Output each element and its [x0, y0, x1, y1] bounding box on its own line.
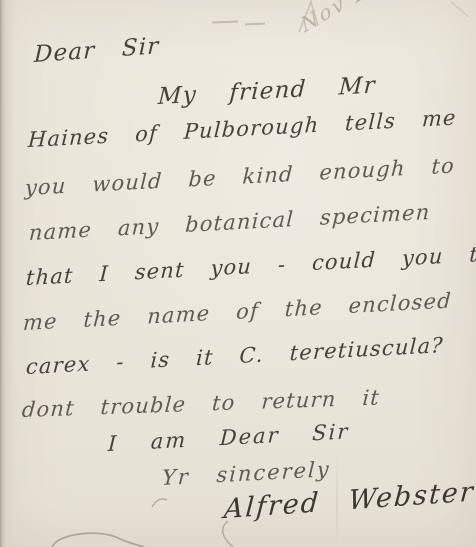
letter-page: Nov F Dear Sir My friend Mr Haines of Pu… — [0, 0, 476, 547]
salutation-line: Dear Sir — [34, 33, 160, 68]
pencil-dash — [245, 23, 265, 26]
body-line: me the name of the enclosed — [22, 288, 452, 335]
top-right-pencil-stroke — [451, 2, 469, 17]
body-line: you would be kind enough to — [24, 153, 455, 200]
pencil-dash — [212, 21, 238, 24]
closing-line: Yr sincerely — [161, 457, 331, 490]
bottom-flourish-stroke — [52, 533, 144, 547]
body-line: My friend Mr — [157, 73, 376, 111]
body-line: dont trouble to return it — [21, 385, 381, 422]
body-line: name any botanical specimen — [28, 200, 431, 245]
body-line: carex - is it C. teretiuscula? — [25, 333, 444, 379]
pencil-annotation: Nov F — [297, 0, 372, 37]
body-line: that I sent you - could you tele — [25, 240, 476, 290]
page-edge-shadow — [0, 0, 14, 547]
bottom-tick-stroke — [152, 499, 167, 507]
closing-line: I am Dear Sir — [107, 419, 350, 456]
body-line: Haines of Pulborough tells me — [27, 105, 457, 152]
